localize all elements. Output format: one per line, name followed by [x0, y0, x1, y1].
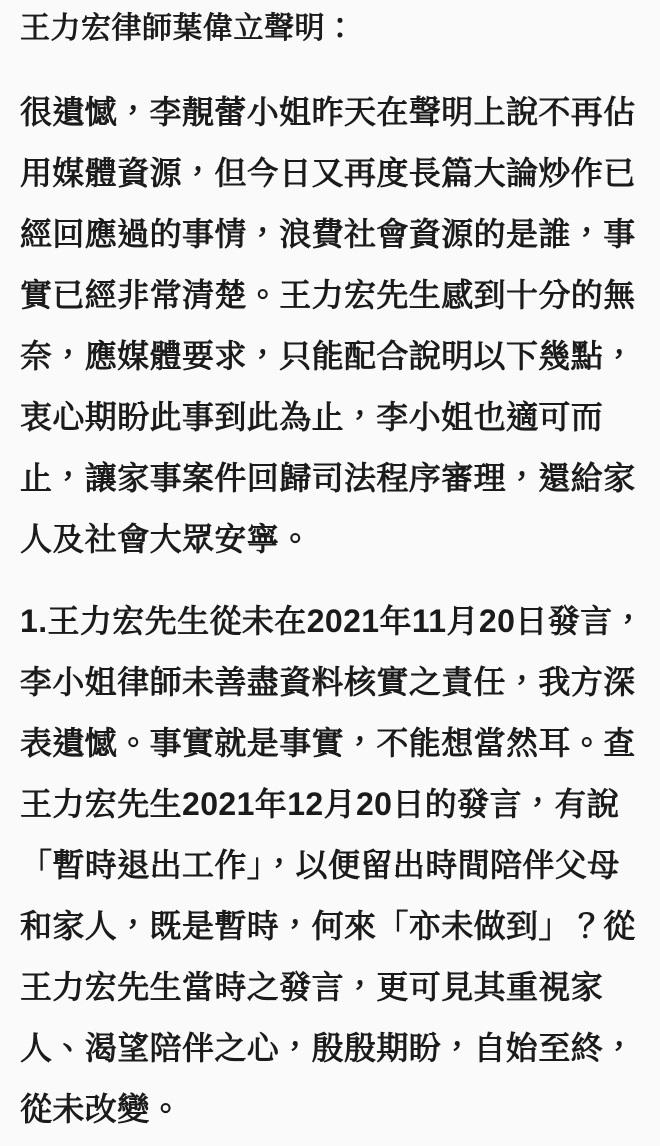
statement-line: 1.王力宏先生從未在2021年11月20日發言，: [20, 591, 636, 652]
statement-paragraph-1: 很遺憾，李靚蕾小姐昨天在聲明上說不再佔 用媒體資源，但今日又再度長篇大論炒作已 …: [20, 82, 636, 570]
statement-line: 和家人，既是暫時，何來「亦未做到」？從: [20, 896, 636, 957]
statement-line: 經回應過的事情，浪費社會資源的是誰，事: [20, 204, 636, 265]
statement-line: 李小姐律師未善盡資料核實之責任，我方深: [20, 652, 636, 713]
statement-line: 很遺憾，李靚蕾小姐昨天在聲明上說不再佔: [20, 82, 636, 143]
statement-line: 王力宏先生2021年12月20日的發言，有說: [20, 774, 636, 835]
statement-line: 表遺憾。事實就是事實，不能想當然耳。查: [20, 713, 636, 774]
statement-line: 王力宏先生當時之發言，更可見其重視家: [20, 957, 636, 1018]
statement-title: 王力宏律師葉偉立聲明：: [20, 8, 636, 50]
statement-line: 衷心期盼此事到此為止，李小姐也適可而: [20, 387, 636, 448]
statement-line: 人及社會大眾安寧。: [20, 509, 636, 570]
statement-paragraph-2: 1.王力宏先生從未在2021年11月20日發言， 李小姐律師未善盡資料核實之責任…: [20, 591, 636, 1140]
statement-line: 人、渴望陪伴之心，殷殷期盼，自始至終，: [20, 1018, 636, 1079]
statement-document: 王力宏律師葉偉立聲明： 很遺憾，李靚蕾小姐昨天在聲明上說不再佔 用媒體資源，但今…: [0, 0, 660, 1146]
statement-line: 「暫時退出工作」，以便留出時間陪伴父母: [20, 835, 636, 896]
statement-line: 實已經非常清楚。王力宏先生感到十分的無: [20, 265, 636, 326]
statement-line: 止，讓家事案件回歸司法程序審理，還給家: [20, 448, 636, 509]
statement-line: 從未改變。: [20, 1079, 636, 1140]
statement-line: 奈，應媒體要求，只能配合說明以下幾點，: [20, 326, 636, 387]
statement-line: 用媒體資源，但今日又再度長篇大論炒作已: [20, 143, 636, 204]
